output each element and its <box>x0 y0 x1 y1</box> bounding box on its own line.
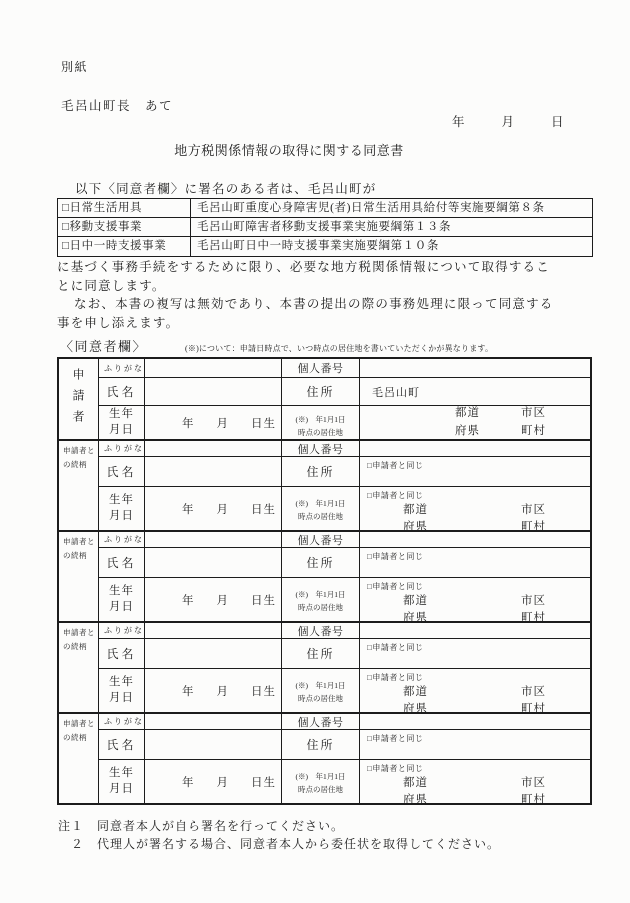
year-suffix: 年 <box>182 774 195 790</box>
service-row: □日中一時支援事業 毛呂山町日中一時支援事業実施要綱第１０条 <box>58 237 592 256</box>
furigana-field <box>145 532 282 548</box>
day-born-suffix: 日生 <box>251 683 276 699</box>
year-suffix: 年 <box>182 592 195 608</box>
consenter-section-heading: 〈同意者欄〉 <box>60 336 147 355</box>
personal-number-label: 個人番号 <box>282 714 360 730</box>
document-page: 別紙 毛呂山町長 あて 年 月 日 地方税関係情報の取得に関する同意書 以下〈同… <box>0 0 630 903</box>
address-field: 毛呂山町 <box>360 378 590 406</box>
addressee-line: 毛呂山町長 あて <box>61 96 173 114</box>
body-line: 事を申し添えます。 <box>57 314 597 333</box>
prefecture-label: 都道 府県 <box>403 684 428 712</box>
residence-date-note: (※) 年1月1日 時点の居住地 <box>282 760 360 803</box>
date-year-label: 年 <box>452 112 465 130</box>
address-field: □申請者と同じ <box>360 457 590 487</box>
consenter-block: 申請者と の続柄 ふりがな 個人番号 氏名 住所 □申請者と同じ 生年 月日 年… <box>59 530 590 621</box>
birthdate-label: 生年 月日 <box>99 760 145 803</box>
service-checkbox-label: □日常生活用具 <box>58 199 191 217</box>
birthdate-field: 年 月 日生 <box>145 578 282 621</box>
intro-line: 以下〈同意者欄〉に署名のある者は、毛呂山町が <box>75 179 376 197</box>
service-checkbox-label: □日中一時支援事業 <box>58 237 191 256</box>
address-label: 住所 <box>282 378 360 406</box>
relation-to-applicant-label: 申請者と の続柄 <box>59 441 99 530</box>
residence-date-note: (※) 年1月1日 時点の居住地 <box>282 669 360 712</box>
residence-field: □申請者と同じ 都道 府県 市区 町村 <box>360 487 590 530</box>
consenter-block: 申請者と の続柄 ふりがな 個人番号 氏名 住所 □申請者と同じ 生年 月日 年… <box>59 439 590 530</box>
furigana-label: ふりがな <box>99 441 145 457</box>
name-field <box>145 730 282 760</box>
month-suffix: 月 <box>217 415 230 431</box>
address-label: 住所 <box>282 639 360 669</box>
personal-number-field <box>360 441 590 457</box>
body-line: なお、本書の複写は無効であり、本書の提出の際の事務処理に限って同意する <box>57 295 597 314</box>
attachment-label: 別紙 <box>61 58 88 75</box>
footnote-line: ２ 代理人が署名する場合、同意者本人から委任状を取得してください。 <box>58 836 500 854</box>
month-suffix: 月 <box>217 592 230 608</box>
month-suffix: 月 <box>217 683 230 699</box>
document-title: 地方税関係情報の取得に関する同意書 <box>0 140 578 159</box>
municipality-label: 市区 町村 <box>521 684 546 712</box>
service-basis: 毛呂山町重度心身障害児(者)日常生活用具給付等実施要綱第８条 <box>191 199 592 217</box>
service-row: □移動支援事業 毛呂山町障害者移動支援事業実施要綱第１３条 <box>58 218 592 237</box>
name-field <box>145 548 282 578</box>
consenter-block: 申請者と の続柄 ふりがな 個人番号 氏名 住所 □申請者と同じ 生年 月日 年… <box>59 621 590 712</box>
furigana-field <box>145 441 282 457</box>
birthdate-label: 生年 月日 <box>99 487 145 530</box>
birthdate-field: 年 月 日生 <box>145 760 282 803</box>
birthdate-field: 年 月 日生 <box>145 406 282 439</box>
municipality-label: 市区 町村 <box>521 406 546 439</box>
day-born-suffix: 日生 <box>251 415 276 431</box>
footnote-line: 注１ 同意者本人が自ら署名を行ってください。 <box>58 818 500 836</box>
residence-date-note: (※) 年1月1日 時点の居住地 <box>282 406 360 439</box>
service-basis: 毛呂山町日中一時支援事業実施要綱第１０条 <box>191 237 592 256</box>
residence-date-note: (※) 年1月1日 時点の居住地 <box>282 487 360 530</box>
furigana-field <box>145 359 282 378</box>
residence-field: □申請者と同じ 都道 府県 市区 町村 <box>360 760 590 803</box>
address-label: 住所 <box>282 730 360 760</box>
birthdate-field: 年 月 日生 <box>145 669 282 712</box>
year-suffix: 年 <box>182 501 195 517</box>
prefecture-label: 都道 府県 <box>403 593 428 621</box>
applicant-block: 申請者 ふりがな 個人番号 氏名 住所 毛呂山町 生年 月日 年 月 日生 (※… <box>59 359 590 439</box>
personal-number-label: 個人番号 <box>282 623 360 639</box>
name-label: 氏名 <box>99 730 145 760</box>
residence-field: □申請者と同じ 都道 府県 市区 町村 <box>360 669 590 712</box>
prefecture-label: 都道 府県 <box>403 502 428 530</box>
same-as-applicant-checkbox: □申請者と同じ <box>367 763 590 774</box>
personal-number-field <box>360 532 590 548</box>
residence-date-explanation: (※)について：申請日時点で、いつ時点の居住地を書いていただくかが異なります。 <box>185 343 493 354</box>
birthdate-label: 生年 月日 <box>99 406 145 439</box>
body-line: に基づく事務手続をするために限り、必要な地方税関係情報について取得するこ <box>57 258 597 277</box>
personal-number-label: 個人番号 <box>282 359 360 378</box>
date-line: 年 月 日 <box>452 112 564 130</box>
same-as-applicant-checkbox: □申請者と同じ <box>367 581 590 592</box>
furigana-field <box>145 714 282 730</box>
name-field <box>145 639 282 669</box>
service-checkbox-label: □移動支援事業 <box>58 218 191 236</box>
furigana-field <box>145 623 282 639</box>
body-paragraph: に基づく事務手続をするために限り、必要な地方税関係情報について取得するこ とに同… <box>57 258 597 333</box>
service-basis: 毛呂山町障害者移動支援事業実施要綱第１３条 <box>191 218 592 236</box>
address-field: □申請者と同じ <box>360 730 590 760</box>
same-as-applicant-checkbox: □申請者と同じ <box>367 460 590 471</box>
same-as-applicant-checkbox: □申請者と同じ <box>367 733 590 744</box>
consenter-block: 申請者と の続柄 ふりがな 個人番号 氏名 住所 □申請者と同じ 生年 月日 年… <box>59 712 590 803</box>
name-label: 氏名 <box>99 457 145 487</box>
municipality-label: 市区 町村 <box>521 502 546 530</box>
name-label: 氏名 <box>99 378 145 406</box>
relation-to-applicant-label: 申請者と の続柄 <box>59 532 99 621</box>
year-suffix: 年 <box>182 415 195 431</box>
residence-field: 都道 府県 市区 町村 <box>360 406 590 439</box>
personal-number-field <box>360 623 590 639</box>
furigana-label: ふりがな <box>99 532 145 548</box>
same-as-applicant-checkbox: □申請者と同じ <box>367 642 590 653</box>
personal-number-label: 個人番号 <box>282 532 360 548</box>
applicant-role-label: 申請者 <box>59 359 99 439</box>
municipality-label: 市区 町村 <box>521 593 546 621</box>
day-born-suffix: 日生 <box>251 774 276 790</box>
personal-number-label: 個人番号 <box>282 441 360 457</box>
name-label: 氏名 <box>99 639 145 669</box>
date-day-label: 日 <box>551 112 564 130</box>
address-label: 住所 <box>282 548 360 578</box>
day-born-suffix: 日生 <box>251 592 276 608</box>
body-line: とに同意します。 <box>57 277 597 296</box>
municipality-label: 市区 町村 <box>521 775 546 803</box>
consenter-table: 申請者 ふりがな 個人番号 氏名 住所 毛呂山町 生年 月日 年 月 日生 (※… <box>57 357 592 805</box>
same-as-applicant-checkbox: □申請者と同じ <box>367 490 590 501</box>
relation-to-applicant-label: 申請者と の続柄 <box>59 623 99 712</box>
month-suffix: 月 <box>217 501 230 517</box>
residence-field: □申請者と同じ 都道 府県 市区 町村 <box>360 578 590 621</box>
same-as-applicant-checkbox: □申請者と同じ <box>367 672 590 683</box>
year-suffix: 年 <box>182 683 195 699</box>
personal-number-field <box>360 359 590 378</box>
prefecture-label: 都道 府県 <box>455 406 480 439</box>
birthdate-label: 生年 月日 <box>99 578 145 621</box>
name-field <box>145 457 282 487</box>
name-field <box>145 378 282 406</box>
residence-date-note: (※) 年1月1日 時点の居住地 <box>282 578 360 621</box>
address-field: □申請者と同じ <box>360 639 590 669</box>
furigana-label: ふりがな <box>99 359 145 378</box>
day-born-suffix: 日生 <box>251 501 276 517</box>
name-label: 氏名 <box>99 548 145 578</box>
address-label: 住所 <box>282 457 360 487</box>
birthdate-label: 生年 月日 <box>99 669 145 712</box>
service-row: □日常生活用具 毛呂山町重度心身障害児(者)日常生活用具給付等実施要綱第８条 <box>58 199 592 218</box>
personal-number-field <box>360 714 590 730</box>
prefecture-label: 都道 府県 <box>403 775 428 803</box>
birthdate-field: 年 月 日生 <box>145 487 282 530</box>
services-table: □日常生活用具 毛呂山町重度心身障害児(者)日常生活用具給付等実施要綱第８条 □… <box>57 198 593 257</box>
furigana-label: ふりがな <box>99 714 145 730</box>
same-as-applicant-checkbox: □申請者と同じ <box>367 551 590 562</box>
footnotes: 注１ 同意者本人が自ら署名を行ってください。 ２ 代理人が署名する場合、同意者本… <box>58 818 500 853</box>
address-field: □申請者と同じ <box>360 548 590 578</box>
address-prefill-value: 毛呂山町 <box>372 384 420 400</box>
furigana-label: ふりがな <box>99 623 145 639</box>
relation-to-applicant-label: 申請者と の続柄 <box>59 714 99 803</box>
date-month-label: 月 <box>502 112 515 130</box>
month-suffix: 月 <box>217 774 230 790</box>
